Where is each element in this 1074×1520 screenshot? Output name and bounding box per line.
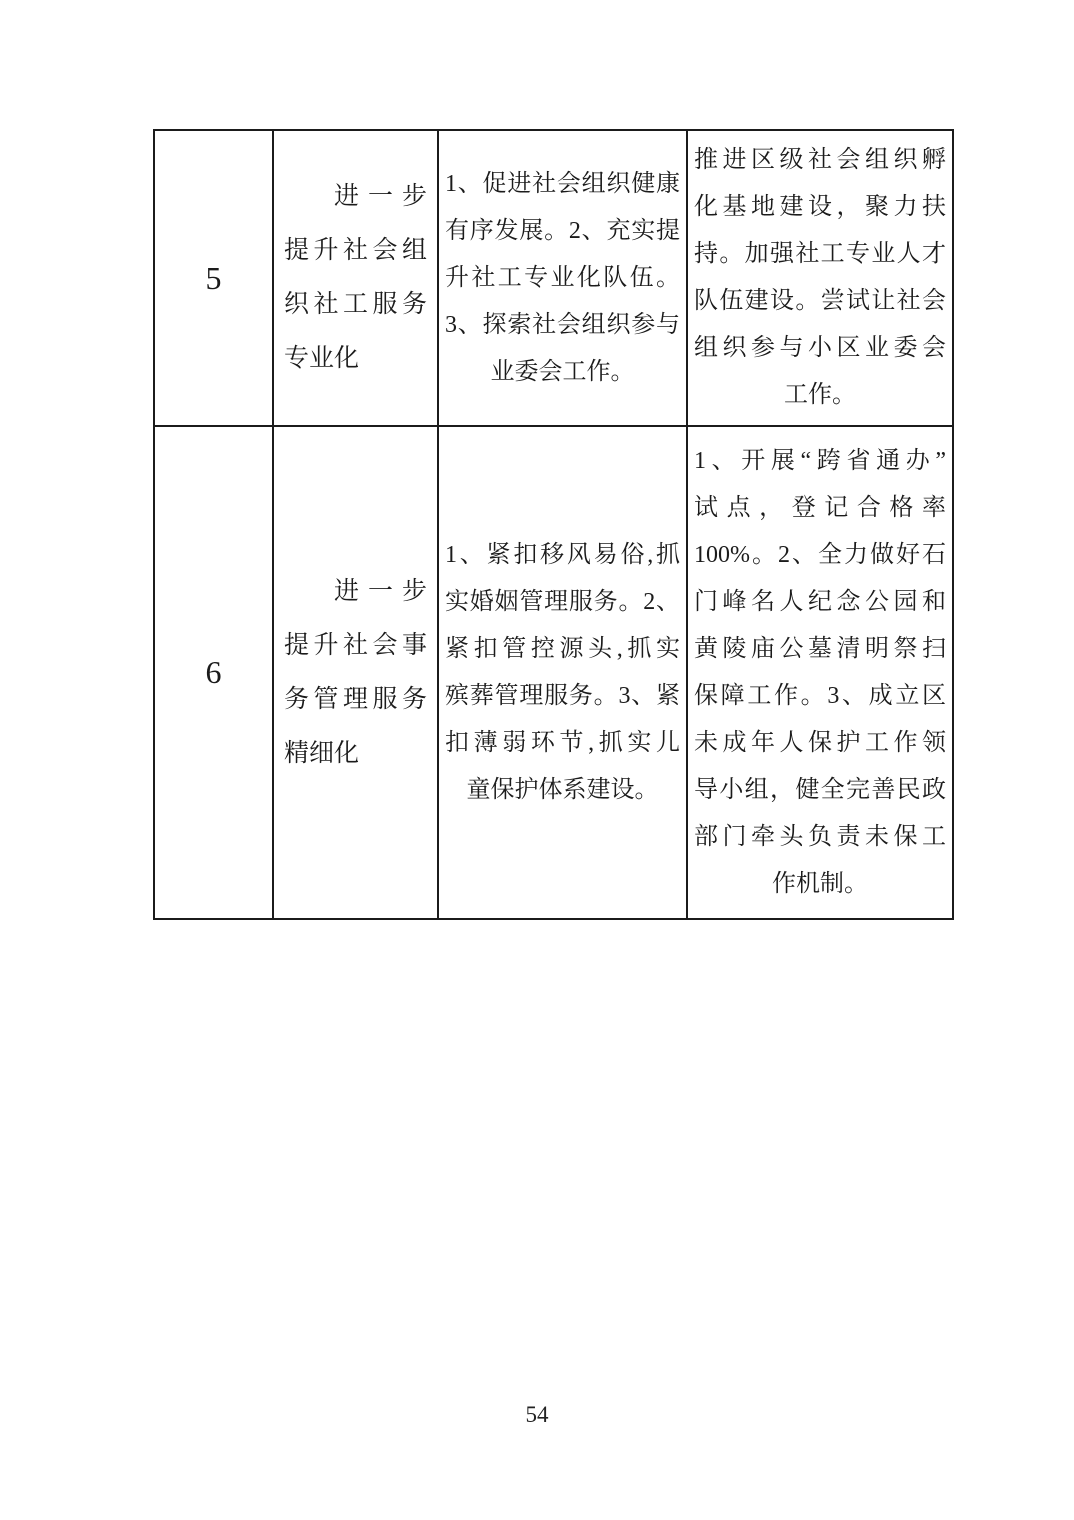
goal-text: 进一步提升社会事务管理服务精细化	[284, 565, 427, 781]
tasks-text: 1、促进社会组织健康有序发展。2、充实提升社工专业化队伍。3、探索社会组织参与业…	[445, 161, 680, 396]
row-number: 6	[206, 654, 222, 690]
table-row-5: 5 进一步提升社会组织社工服务专业化 1、促进社会组织健康有序发展。2、充实提升…	[154, 130, 953, 426]
tasks-cell: 1、促进社会组织健康有序发展。2、充实提升社工专业化队伍。3、探索社会组织参与业…	[438, 130, 687, 426]
work-plan-table: 5 进一步提升社会组织社工服务专业化 1、促进社会组织健康有序发展。2、充实提升…	[153, 129, 954, 920]
goal-cell: 进一步提升社会事务管理服务精细化	[273, 426, 438, 919]
details-cell: 1、开展“跨省通办”试点，登记合格率100%。2、全力做好石门峰名人纪念公园和黄…	[687, 426, 953, 919]
details-text: 推进区级社会组织孵化基地建设，聚力扶持。加强社工专业人才队伍建设。尝试让社会组织…	[694, 137, 946, 419]
document-page: 5 进一步提升社会组织社工服务专业化 1、促进社会组织健康有序发展。2、充实提升…	[0, 0, 1074, 1520]
details-cell: 推进区级社会组织孵化基地建设，聚力扶持。加强社工专业人才队伍建设。尝试让社会组织…	[687, 130, 953, 426]
tasks-cell: 1、紧扣移风易俗,抓实婚姻管理服务。2、紧扣管控源头,抓实殡葬管理服务。3、紧扣…	[438, 426, 687, 919]
row-number-cell: 5	[154, 130, 273, 426]
row-number-cell: 6	[154, 426, 273, 919]
page-number: 54	[0, 1402, 1074, 1428]
goal-text: 进一步提升社会组织社工服务专业化	[284, 170, 427, 386]
goal-cell: 进一步提升社会组织社工服务专业化	[273, 130, 438, 426]
details-text: 1、开展“跨省通办”试点，登记合格率100%。2、全力做好石门峰名人纪念公园和黄…	[694, 438, 946, 908]
row-number: 5	[206, 260, 222, 296]
tasks-text: 1、紧扣移风易俗,抓实婚姻管理服务。2、紧扣管控源头,抓实殡葬管理服务。3、紧扣…	[445, 532, 680, 814]
table-row-6: 6 进一步提升社会事务管理服务精细化 1、紧扣移风易俗,抓实婚姻管理服务。2、紧…	[154, 426, 953, 919]
